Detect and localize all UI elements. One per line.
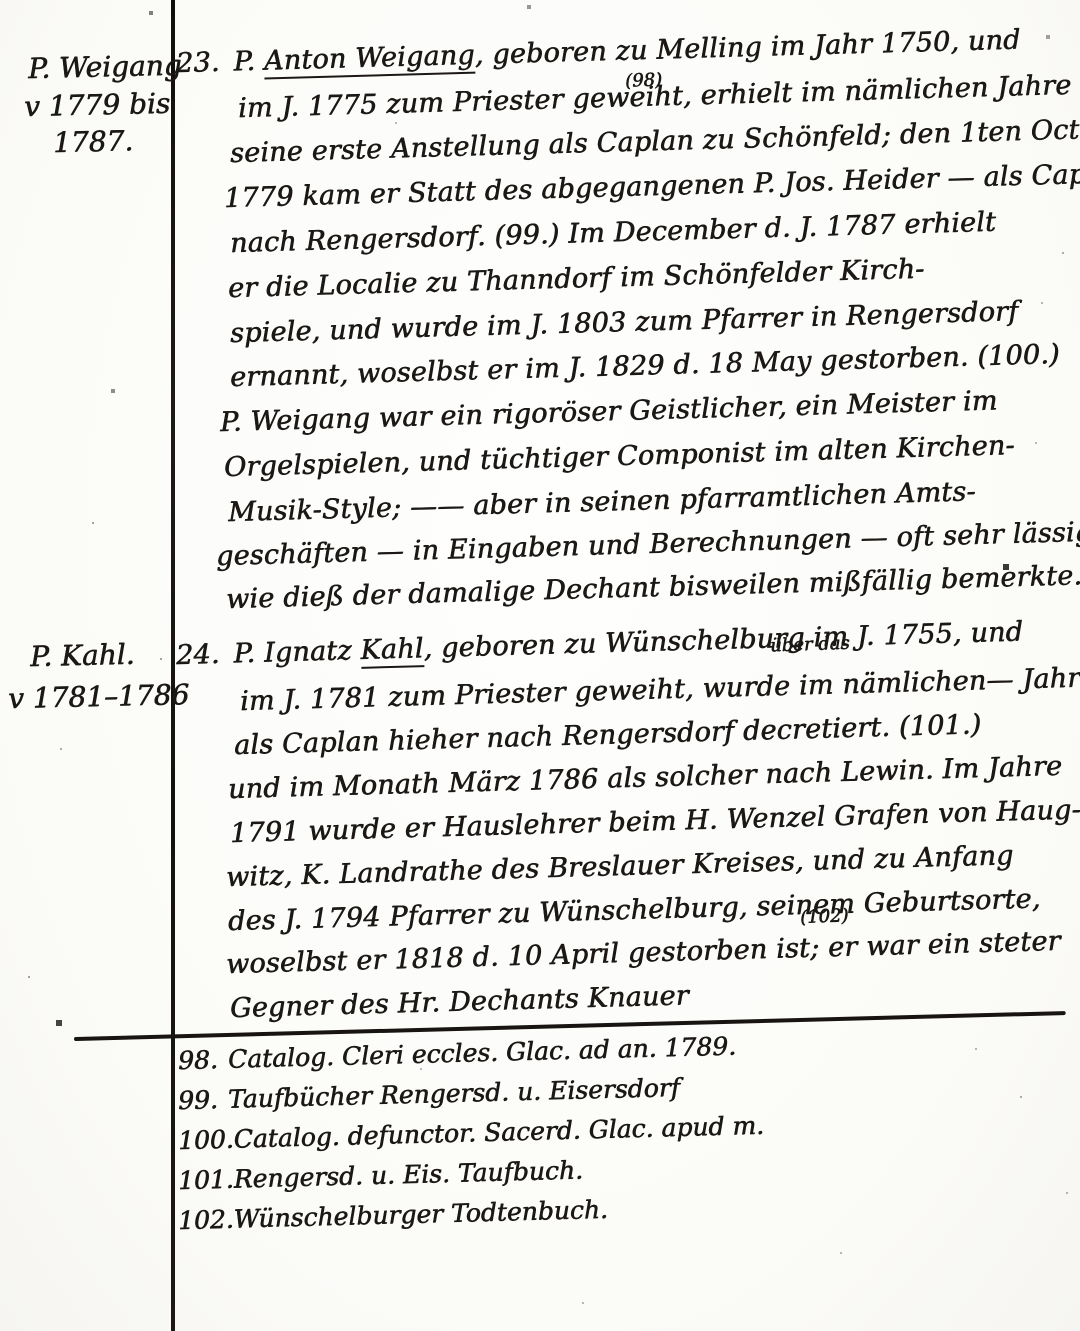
entry-23-line: spiele, und wurde im J. 1803 zum Pfarrer… [230,296,1019,349]
paper-speckles [0,0,2,2]
entry-23-headline: 23.P. Anton Weigang, geboren zu Melling … [176,24,1021,79]
footnote-99: 99.Taufbücher Rengersd. u. Eisersdorf [178,1073,681,1115]
footnote-102-text: Wünschelburger Todtenbuch. [233,1195,608,1234]
footnote-101-number: 101. [178,1165,234,1195]
entry-23-headline-rest: , geboren zu Melling im Jahr 1750, und [474,24,1021,70]
entry-23-name-underlined: Anton Weigang [264,40,476,80]
footnote-99-number: 99. [178,1085,229,1115]
margin-column-rule [171,0,175,1331]
entry-23-line: Musik-Style; —— aber in seinen pfarramtl… [228,476,976,528]
entry-24-name-underlined: Kahl [360,633,424,669]
entry-24-line: und im Monath März 1786 als solcher nach… [228,751,1063,805]
margin-note-weigang-name: P. Weigang [28,49,182,85]
entry-24-headline-rest: , geboren zu Wünschelburg im J. 1755, un… [423,616,1023,664]
entry-23-name-prefix: P. [233,46,264,78]
footnote-100: 100.Catalog. defunctor. Sacerd. Glac. ap… [178,1111,765,1155]
entry-24-line: woselbst er 1818 d. 10 April gestorben i… [226,926,1061,980]
margin-note-weigang-dates: v 1779 bis [24,87,171,123]
entry-23-line: seine erste Anstellung als Caplan zu Sch… [230,113,1080,169]
entry-23-line: nach Rengersdorf. (99.) Im December d. J… [230,207,997,259]
manuscript-page: P. Weigang v 1779 bis 1787. P. Kahl. v 1… [0,0,1080,1331]
entry-24-line: witz, K. Landrathe des Breslauer Kreises… [226,840,1014,893]
footnote-98-number: 98. [178,1045,229,1075]
entry-24-headline: 24.P. Ignatz Kahl, geboren zu Wünschelbu… [176,616,1024,671]
footnote-98-text: Catalog. Cleri eccles. Glac. ad an. 1789… [228,1031,737,1073]
entry-24-line: Gegner des Hr. Dechants Knauer [230,980,690,1024]
entry-24-line: im J. 1781 zum Priester geweiht, wurde i… [240,662,1080,717]
margin-note-weigang-year: 1787. [53,124,134,159]
footnote-99-text: Taufbücher Rengersd. u. Eisersdorf [228,1073,681,1114]
footnote-100-text: Catalog. defunctor. Sacerd. Glac. apud m… [233,1111,764,1154]
footnote-100-number: 100. [178,1125,234,1155]
entry-23-line: wie dieß der damalige Dechant bisweilen … [226,560,1080,615]
entry-24-line: als Caplan hieher nach Rengersdorf decre… [234,709,982,761]
entry-23-line: P. Weigang war ein rigoröser Geistlicher… [220,385,998,438]
interlinear-insertion-ueber-das: über das [770,633,850,657]
footnote-102: 102.Wünschelburger Todtenbuch. [178,1195,609,1235]
entry-24-number: 24. [176,639,220,671]
footnote-101: 101.Rengersd. u. Eis. Taufbuch. [178,1155,584,1195]
margin-note-kahl-dates: v 1781–1786 [8,678,190,715]
entry-23-line: 1779 kam er Statt des abgegangenen P. Jo… [224,158,1080,214]
entry-23-line: ernannt, woselbst er im J. 1829 d. 18 Ma… [230,339,1060,393]
entry-23-number: 23. [176,47,220,79]
entry-24-name-prefix: P. Ignatz [233,635,361,670]
footnote-101-text: Rengersd. u. Eis. Taufbuch. [233,1155,583,1193]
footnote-102-number: 102. [178,1205,234,1235]
entry-23-line: er die Localie zu Thanndorf im Schönfeld… [228,254,925,304]
margin-note-kahl-name: P. Kahl. [30,638,135,673]
entry-23-line: Orgelspielen, und tüchtiger Componist im… [224,430,1015,483]
footnote-98: 98.Catalog. Cleri eccles. Glac. ad an. 1… [178,1031,737,1075]
